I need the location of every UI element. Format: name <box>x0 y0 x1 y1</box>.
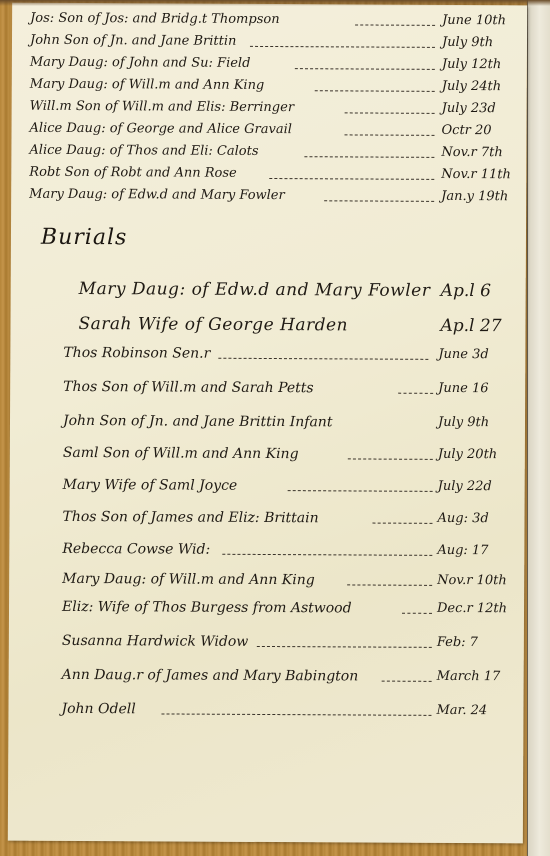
entry-date: Aug: 3d <box>437 511 488 526</box>
entry-text: Mary Wife of Saml Joyce <box>63 477 238 494</box>
entry-text: Eliz: Wife of Thos Burgess from Astwood <box>62 599 352 617</box>
entry-date: June 3d <box>438 347 488 362</box>
entry-text: Robt Son of Robt and Ann Rose <box>29 165 236 181</box>
entry-date: Octr 20 <box>441 123 491 138</box>
burial-row: Eliz: Wife of Thos Burgess from AstwoodD… <box>62 599 550 624</box>
entry-date: Ap.l 6 <box>441 281 491 301</box>
top-edge-shadow <box>0 0 550 6</box>
entry-text: Thos Son of Will.m and Sarah Petts <box>63 379 314 396</box>
dash-leader <box>382 681 432 682</box>
entry-date: July 24th <box>442 79 501 94</box>
entry-text: Mary Daug: of Will.m and Ann King <box>30 77 265 93</box>
entry-date: Dec.r 12th <box>437 601 507 616</box>
dash-leader <box>372 523 432 524</box>
entry-text: Rebecca Cowse Wid: <box>62 541 210 558</box>
dash-leader <box>257 646 432 648</box>
dash-leader <box>295 68 435 70</box>
entry-date: March 17 <box>437 669 501 684</box>
entry-text: Thos Robinson Sen.r <box>63 345 210 362</box>
dash-leader <box>355 24 435 25</box>
entry-date: July 23d <box>442 101 496 116</box>
entry-text: Ann Daug.r of James and Mary Babington <box>62 667 359 685</box>
baptism-row: Jos: Son of Jos: and Bridg.t ThompsonJun… <box>30 11 530 36</box>
entry-date: Aug: 17 <box>437 543 488 558</box>
burial-row: Sarah Wife of George HardenAp.l 27 <box>78 314 550 339</box>
entry-text: Susanna Hardwick Widow <box>62 633 249 650</box>
dash-leader <box>345 134 435 135</box>
entry-text: John Son of Jn. and Jane Brittin Infant <box>63 413 333 430</box>
burial-row: John Son of Jn. and Jane Brittin InfantJ… <box>63 413 550 438</box>
entry-text: John Son of Jn. and Jane Brittin <box>30 33 236 49</box>
entry-date: Jan.y 19th <box>441 189 508 204</box>
entry-text: Mary Daug: of Edw.d and Mary Fowler <box>29 187 285 203</box>
baptism-row: Will.m Son of Will.m and Elis: Berringer… <box>30 99 530 124</box>
burial-row: Susanna Hardwick WidowFeb: 7 <box>62 633 550 658</box>
entry-text: Will.m Son of Will.m and Elis: Berringer <box>30 99 294 115</box>
burial-row: John OdellMar. 24 <box>61 701 550 726</box>
burial-row: Saml Son of Will.m and Ann KingJuly 20th <box>63 445 550 470</box>
burial-row: Ann Daug.r of James and Mary BabingtonMa… <box>62 667 550 692</box>
entry-text: Mary Daug: of John and Su: Field <box>30 55 251 71</box>
burial-row: Rebecca Cowse Wid:Aug: 17 <box>62 541 550 566</box>
burial-row: Thos Son of James and Eliz: BrittainAug:… <box>62 509 550 534</box>
entry-date: Nov.r 11th <box>441 167 511 182</box>
entry-date: July 9th <box>438 415 489 430</box>
entry-date: Ap.l 27 <box>440 316 501 336</box>
entry-text: Jos: Son of Jos: and Bridg.t Thompson <box>30 11 280 27</box>
dash-leader <box>304 156 434 158</box>
entry-date: Nov.r 10th <box>437 573 507 588</box>
entry-text: Alice Daug: of George and Alice Gravail <box>30 121 292 137</box>
entry-date: July 22d <box>438 479 492 494</box>
entry-date: June 16 <box>438 381 488 396</box>
baptism-row: Alice Daug: of George and Alice GravailO… <box>29 121 529 146</box>
dash-leader <box>222 554 432 556</box>
dash-leader <box>218 358 428 360</box>
baptism-row: Mary Daug: of John and Su: FieldJuly 12t… <box>30 55 530 80</box>
dash-leader <box>315 90 435 92</box>
entry-date: July 20th <box>438 447 497 462</box>
baptism-entries: Jos: Son of Jos: and Bridg.t ThompsonJun… <box>30 9 530 12</box>
entry-text: Sarah Wife of George Harden <box>78 314 348 335</box>
entry-date: July 12th <box>442 57 501 72</box>
entry-text: Saml Son of Will.m and Ann King <box>63 445 299 462</box>
burials-heading: Burials <box>41 225 127 250</box>
entry-date: Mar. 24 <box>436 703 487 718</box>
dash-leader <box>348 458 433 459</box>
dash-leader <box>345 112 435 113</box>
dash-leader <box>324 200 434 202</box>
entry-date: Feb: 7 <box>437 635 478 650</box>
dash-leader <box>161 713 431 715</box>
dash-leader <box>402 613 432 614</box>
dash-leader <box>250 46 435 48</box>
entry-text: John Odell <box>61 701 135 717</box>
baptism-row: Robt Son of Robt and Ann RoseNov.r 11th <box>29 165 529 190</box>
baptism-row: Alice Daug: of Thos and Eli: CalotsNov.r… <box>29 143 529 168</box>
entry-date: July 9th <box>442 35 493 50</box>
burial-row: Mary Daug: of Will.m and Ann KingNov.r 1… <box>62 571 550 596</box>
register-page: Jos: Son of Jos: and Bridg.t ThompsonJun… <box>8 3 527 844</box>
burial-row: Thos Son of Will.m and Sarah PettsJune 1… <box>63 379 550 404</box>
entry-text: Mary Daug: of Will.m and Ann King <box>62 571 315 588</box>
dash-leader <box>398 393 433 394</box>
baptism-row: Mary Daug: of Will.m and Ann KingJuly 24… <box>30 77 530 102</box>
entry-date: Nov.r 7th <box>441 145 502 160</box>
dash-leader <box>347 584 432 585</box>
burial-row: Thos Robinson Sen.rJune 3d <box>63 345 550 370</box>
burial-row: Mary Wife of Saml JoyceJuly 22d <box>63 477 550 502</box>
entry-date: June 10th <box>442 13 506 28</box>
dash-leader <box>269 178 434 180</box>
entry-text: Thos Son of James and Eliz: Brittain <box>62 509 318 526</box>
burial-row: Mary Daug: of Edw.d and Mary FowlerAp.l … <box>79 279 550 304</box>
dash-leader <box>288 490 433 492</box>
entry-text: Mary Daug: of Edw.d and Mary Fowler <box>79 279 431 301</box>
baptism-row: Mary Daug: of Edw.d and Mary FowlerJan.y… <box>29 187 529 212</box>
baptism-row: John Son of Jn. and Jane BrittinJuly 9th <box>30 33 530 58</box>
entry-text: Alice Daug: of Thos and Eli: Calots <box>29 143 258 159</box>
